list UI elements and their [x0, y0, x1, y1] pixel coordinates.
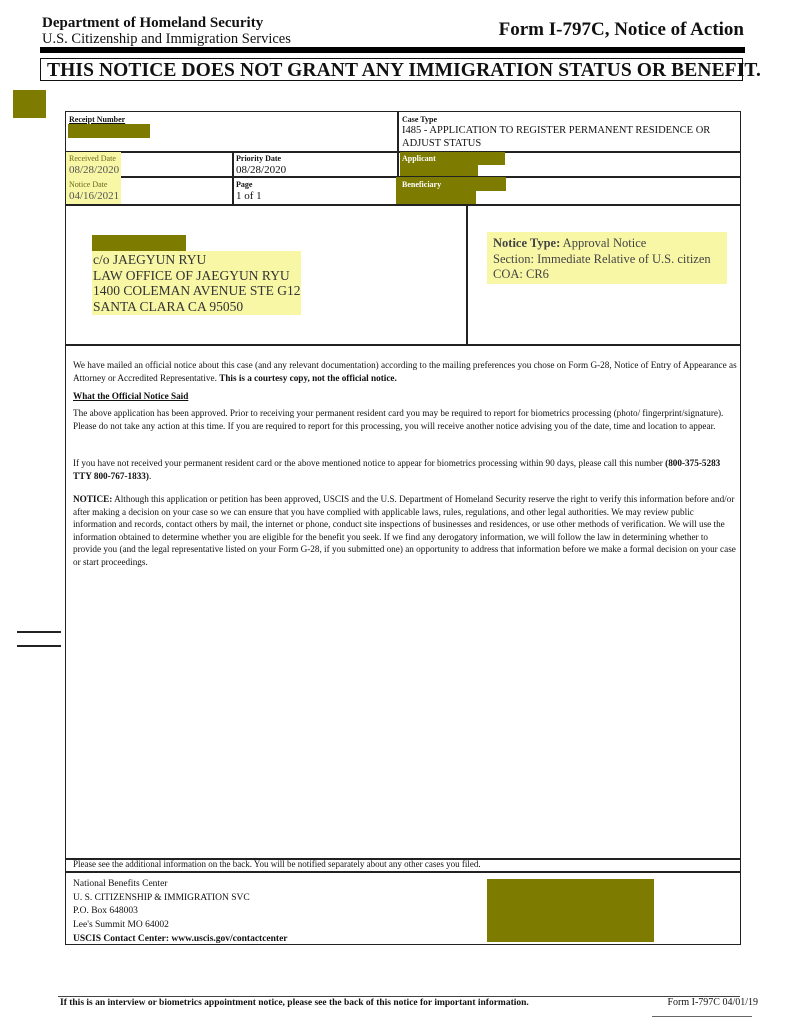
receipt-number-redacted [68, 124, 150, 138]
courtesy-bold: This is a courtesy copy, not the officia… [219, 373, 397, 383]
footer-rule [58, 996, 740, 997]
redaction-block [13, 90, 46, 118]
status-banner: THIS NOTICE DOES NOT GRANT ANY IMMIGRATI… [40, 58, 743, 81]
address-line: c/o JAEGYUN RYU [93, 252, 301, 268]
beneficiary-label: Beneficiary [402, 180, 441, 189]
footer-note: If this is an interview or biometrics ap… [60, 998, 529, 1008]
notice-date-label: Notice Date [69, 180, 107, 189]
biometrics-text: If you have not received your permanent … [73, 458, 663, 468]
notice-date-value: 04/16/2021 [69, 190, 119, 202]
priority-date-value: 08/28/2020 [236, 164, 286, 176]
notice-type-value: Approval Notice [563, 236, 647, 250]
priority-date-label: Priority Date [236, 154, 281, 163]
case-type-label: Case Type [402, 115, 437, 124]
additional-info-note: Please see the additional information on… [73, 858, 741, 871]
notice-type-label: Notice Type: [493, 236, 560, 250]
received-date-label: Received Date [69, 154, 116, 163]
address-line: 1400 COLEMAN AVENUE STE G12 [93, 283, 301, 299]
form-title: Form I-797C, Notice of Action [499, 19, 744, 41]
notice-section: Section: Immediate Relative of U.S. citi… [493, 252, 711, 268]
case-type-value: I485 - APPLICATION TO REGISTER PERMANENT… [402, 124, 732, 150]
margin-mark [17, 645, 61, 647]
page-value: 1 of 1 [236, 190, 262, 202]
courtesy-paragraph: We have mailed an official notice about … [73, 359, 738, 384]
notice-paragraph: NOTICE: Although this application or pet… [73, 493, 738, 569]
receipt-number-label: Receipt Number [69, 115, 125, 124]
margin-mark [17, 631, 61, 633]
received-date-value: 08/28/2020 [69, 164, 119, 176]
beneficiary-redacted [396, 191, 476, 204]
agency-subname: U.S. Citizenship and Immigration Service… [42, 31, 291, 48]
barcode-redacted [487, 879, 654, 942]
mailing-address: c/o JAEGYUN RYU LAW OFFICE OF JAEGYUN RY… [93, 252, 301, 314]
notice-coa: COA: CR6 [493, 267, 711, 283]
approval-paragraph: The above application has been approved.… [73, 407, 738, 432]
address-line: SANTA CLARA CA 95050 [93, 299, 301, 315]
courtesy-text: We have mailed an official notice about … [73, 360, 737, 383]
recipient-name-redacted [92, 235, 186, 251]
applicant-label: Applicant [402, 154, 436, 163]
form-edition: Form I-797C 04/01/19 [667, 997, 758, 1008]
footer-rule [652, 1016, 752, 1017]
notice-text: Although this application or petition ha… [73, 494, 736, 567]
applicant-redacted [400, 165, 478, 176]
official-notice-heading: What the Official Notice Said [73, 390, 741, 403]
notice-label: NOTICE: [73, 494, 112, 504]
biometrics-paragraph: If you have not received your permanent … [73, 457, 738, 482]
punctuation: . [149, 471, 151, 481]
page-label: Page [236, 180, 252, 189]
notice-info: Notice Type: Approval Notice Section: Im… [493, 236, 711, 283]
address-line: LAW OFFICE OF JAEGYUN RYU [93, 268, 301, 284]
agency-name: Department of Homeland Security [42, 15, 263, 32]
header-rule [40, 47, 745, 53]
